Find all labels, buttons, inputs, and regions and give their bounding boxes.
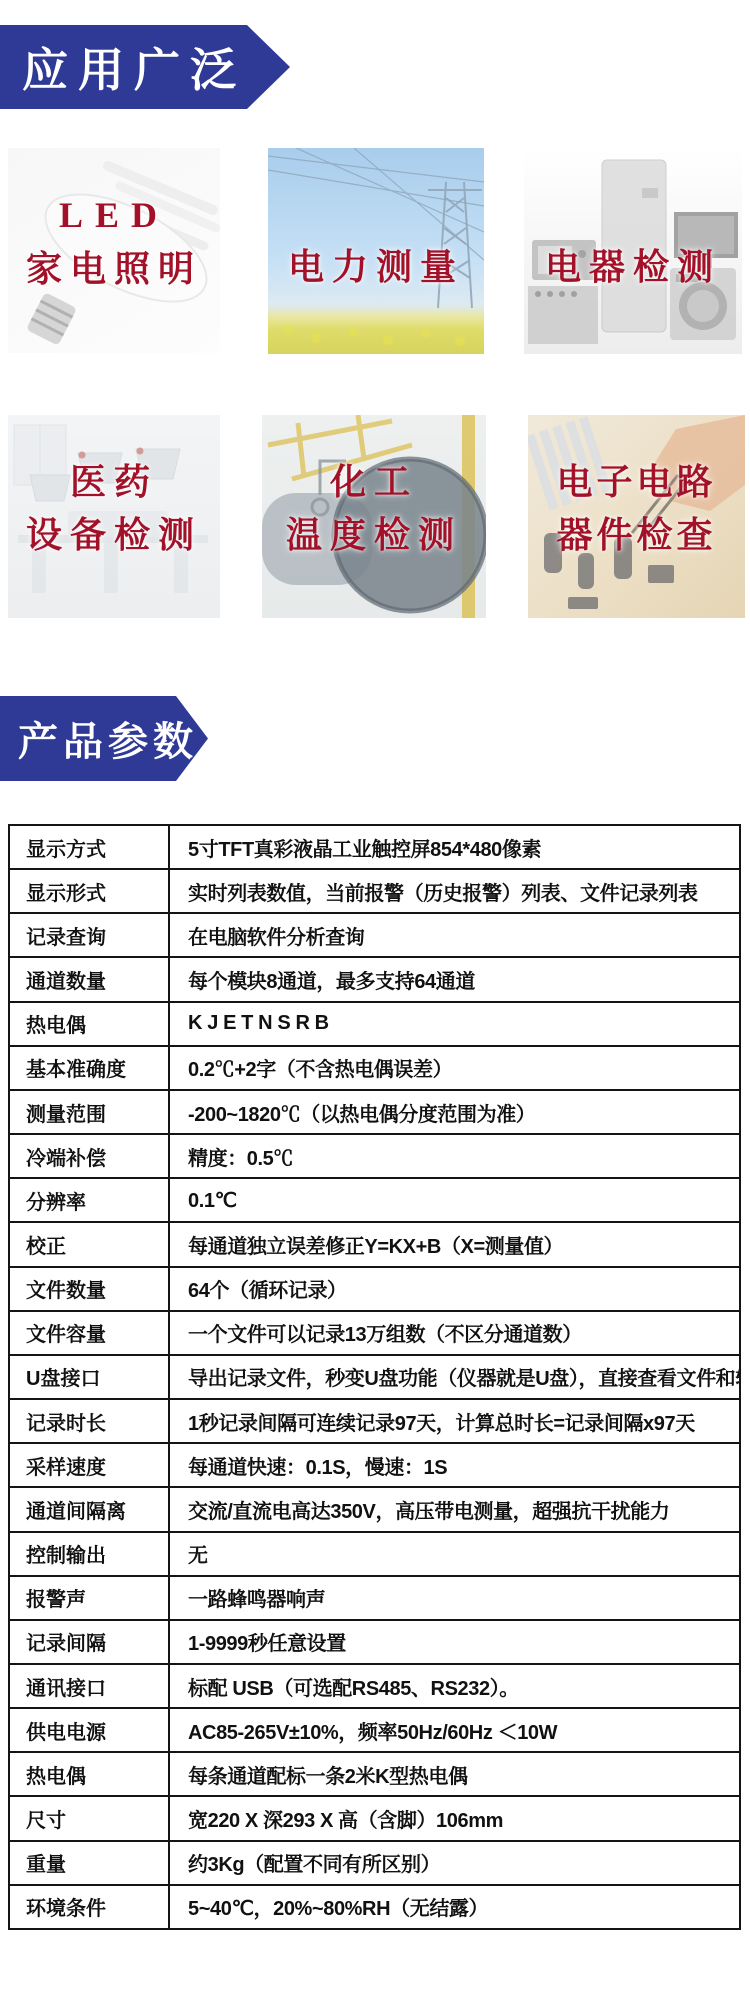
application-label: 器件检查 [528, 517, 745, 553]
spec-label: 热电偶 [9, 1002, 169, 1046]
application-label: 温度检测 [262, 517, 486, 553]
table-row: 基本准确度 0.2℃+2字（不含热电偶误差） [9, 1046, 740, 1090]
spec-value: 标配 USB（可选配RS485、RS232）。 [169, 1664, 740, 1708]
applications-banner-title: 应用广泛 [22, 34, 246, 100]
application-label: 化工 [262, 464, 486, 500]
application-label: 设备检测 [8, 517, 220, 553]
table-row: 记录时长 1秒记录间隔可连续记录97天，计算总时长=记录间隔x97天 [9, 1399, 740, 1443]
application-label: 医药 [8, 464, 220, 500]
application-label: 电力测量 [268, 249, 484, 285]
application-label: LED [8, 197, 220, 233]
table-row: 环境条件 5~40℃，20%~80%RH（无结露） [9, 1885, 740, 1929]
spec-label: 记录间隔 [9, 1620, 169, 1664]
table-row: U盘接口 导出记录文件，秒变U盘功能（仪器就是U盘），直接查看文件和软件 [9, 1355, 740, 1399]
spec-value: 5寸TFT真彩液晶工业触控屏854*480像素 [169, 825, 740, 869]
spec-label: 采样速度 [9, 1443, 169, 1487]
spec-label: 尺寸 [9, 1796, 169, 1840]
spec-value: 宽220 X 深293 X 高（含脚）106mm [169, 1796, 740, 1840]
table-row: 重量 约3Kg（配置不同有所区别） [9, 1841, 740, 1885]
table-row: 记录查询 在电脑软件分析查询 [9, 913, 740, 957]
table-row: 显示形式 实时列表数值，当前报警（历史报警）列表、文件记录列表 [9, 869, 740, 913]
spec-label: 显示形式 [9, 869, 169, 913]
application-card-led-lighting: LED 家电照明 [8, 148, 220, 353]
spec-table-body: 显示方式 5寸TFT真彩液晶工业触控屏854*480像素 显示形式 实时列表数值… [9, 825, 740, 1929]
spec-value: 导出记录文件，秒变U盘功能（仪器就是U盘），直接查看文件和软件 [169, 1355, 740, 1399]
application-card-chemical-temperature: 化工 温度检测 [262, 415, 486, 618]
table-row: 尺寸 宽220 X 深293 X 高（含脚）106mm [9, 1796, 740, 1840]
spec-value: 一路蜂鸣器响声 [169, 1576, 740, 1620]
application-card-circuit-inspection: 电子电路 器件检查 [528, 415, 745, 618]
spec-label: U盘接口 [9, 1355, 169, 1399]
spec-label: 显示方式 [9, 825, 169, 869]
parameters-banner: 产品参数 [0, 696, 208, 781]
product-detail-page: 应用广泛 LED 家电照明 [0, 0, 750, 1990]
spec-label: 测量范围 [9, 1090, 169, 1134]
spec-value: 实时列表数值，当前报警（历史报警）列表、文件记录列表 [169, 869, 740, 913]
spec-value: 无 [169, 1532, 740, 1576]
table-row: 记录间隔 1-9999秒任意设置 [9, 1620, 740, 1664]
spec-label: 分辨率 [9, 1178, 169, 1222]
spec-label: 通道间隔离 [9, 1487, 169, 1531]
spec-value: 0.2℃+2字（不含热电偶误差） [169, 1046, 740, 1090]
spec-value: AC85-265V±10%，频率50Hz/60Hz ＜10W [169, 1708, 740, 1752]
table-row: 文件数量 64个（循环记录） [9, 1267, 740, 1311]
table-row: 显示方式 5寸TFT真彩液晶工业触控屏854*480像素 [9, 825, 740, 869]
table-row: 测量范围 -200~1820℃（以热电偶分度范围为准） [9, 1090, 740, 1134]
application-label: 电器检测 [524, 249, 742, 285]
spec-value: 0.1℃ [169, 1178, 740, 1222]
table-row: 文件容量 一个文件可以记录13万组数（不区分通道数） [9, 1311, 740, 1355]
spec-label: 基本准确度 [9, 1046, 169, 1090]
spec-value: 每个模块8通道，最多支持64通道 [169, 957, 740, 1001]
table-row: 报警声 一路蜂鸣器响声 [9, 1576, 740, 1620]
spec-label: 通道数量 [9, 957, 169, 1001]
spec-value: 64个（循环记录） [169, 1267, 740, 1311]
spec-label: 文件容量 [9, 1311, 169, 1355]
spec-value: 5~40℃，20%~80%RH（无结露） [169, 1885, 740, 1929]
table-row: 通道数量 每个模块8通道，最多支持64通道 [9, 957, 740, 1001]
spec-value: 每条通道配标一条2米K型热电偶 [169, 1752, 740, 1796]
spec-value: -200~1820℃（以热电偶分度范围为准） [169, 1090, 740, 1134]
spec-label: 环境条件 [9, 1885, 169, 1929]
spec-label: 冷端补偿 [9, 1134, 169, 1178]
table-row: 采样速度 每通道快速：0.1S，慢速：1S [9, 1443, 740, 1487]
spec-label: 重量 [9, 1841, 169, 1885]
spec-value: K J E T N S R B [169, 1002, 740, 1046]
table-row: 通讯接口 标配 USB（可选配RS485、RS232）。 [9, 1664, 740, 1708]
spec-value: 约3Kg（配置不同有所区别） [169, 1841, 740, 1885]
table-row: 热电偶 每条通道配标一条2米K型热电偶 [9, 1752, 740, 1796]
table-row: 分辨率 0.1℃ [9, 1178, 740, 1222]
spec-label: 报警声 [9, 1576, 169, 1620]
spec-label: 校正 [9, 1222, 169, 1266]
spec-value: 1-9999秒任意设置 [169, 1620, 740, 1664]
spec-value: 在电脑软件分析查询 [169, 913, 740, 957]
spec-value: 1秒记录间隔可连续记录97天，计算总时长=记录间隔x97天 [169, 1399, 740, 1443]
spec-table: 显示方式 5寸TFT真彩液晶工业触控屏854*480像素 显示形式 实时列表数值… [8, 824, 741, 1930]
application-card-medical-equipment: 医药 设备检测 [8, 415, 220, 618]
application-card-power-measurement: 电力测量 [268, 148, 484, 354]
table-row: 供电电源 AC85-265V±10%，频率50Hz/60Hz ＜10W [9, 1708, 740, 1752]
parameters-banner-title: 产品参数 [18, 710, 198, 767]
spec-label: 记录时长 [9, 1399, 169, 1443]
application-label: 家电照明 [8, 251, 220, 287]
spec-label: 通讯接口 [9, 1664, 169, 1708]
table-row: 校正 每通道独立误差修正Y=KX+B（X=测量值） [9, 1222, 740, 1266]
spec-value: 一个文件可以记录13万组数（不区分通道数） [169, 1311, 740, 1355]
spec-value: 交流/直流电高达350V，高压带电测量，超强抗干扰能力 [169, 1487, 740, 1531]
spec-label: 供电电源 [9, 1708, 169, 1752]
spec-label: 控制输出 [9, 1532, 169, 1576]
table-row: 热电偶 K J E T N S R B [9, 1002, 740, 1046]
applications-banner: 应用广泛 [0, 25, 290, 109]
spec-value: 每通道独立误差修正Y=KX+B（X=测量值） [169, 1222, 740, 1266]
spec-label: 热电偶 [9, 1752, 169, 1796]
spec-value: 精度：0.5℃ [169, 1134, 740, 1178]
table-row: 控制输出 无 [9, 1532, 740, 1576]
spec-label: 记录查询 [9, 913, 169, 957]
spec-label: 文件数量 [9, 1267, 169, 1311]
spec-value: 每通道快速：0.1S，慢速：1S [169, 1443, 740, 1487]
application-label: 电子电路 [528, 464, 745, 500]
application-card-appliance-testing: 电器检测 [524, 148, 742, 354]
table-row: 冷端补偿 精度：0.5℃ [9, 1134, 740, 1178]
table-row: 通道间隔离 交流/直流电高达350V，高压带电测量，超强抗干扰能力 [9, 1487, 740, 1531]
